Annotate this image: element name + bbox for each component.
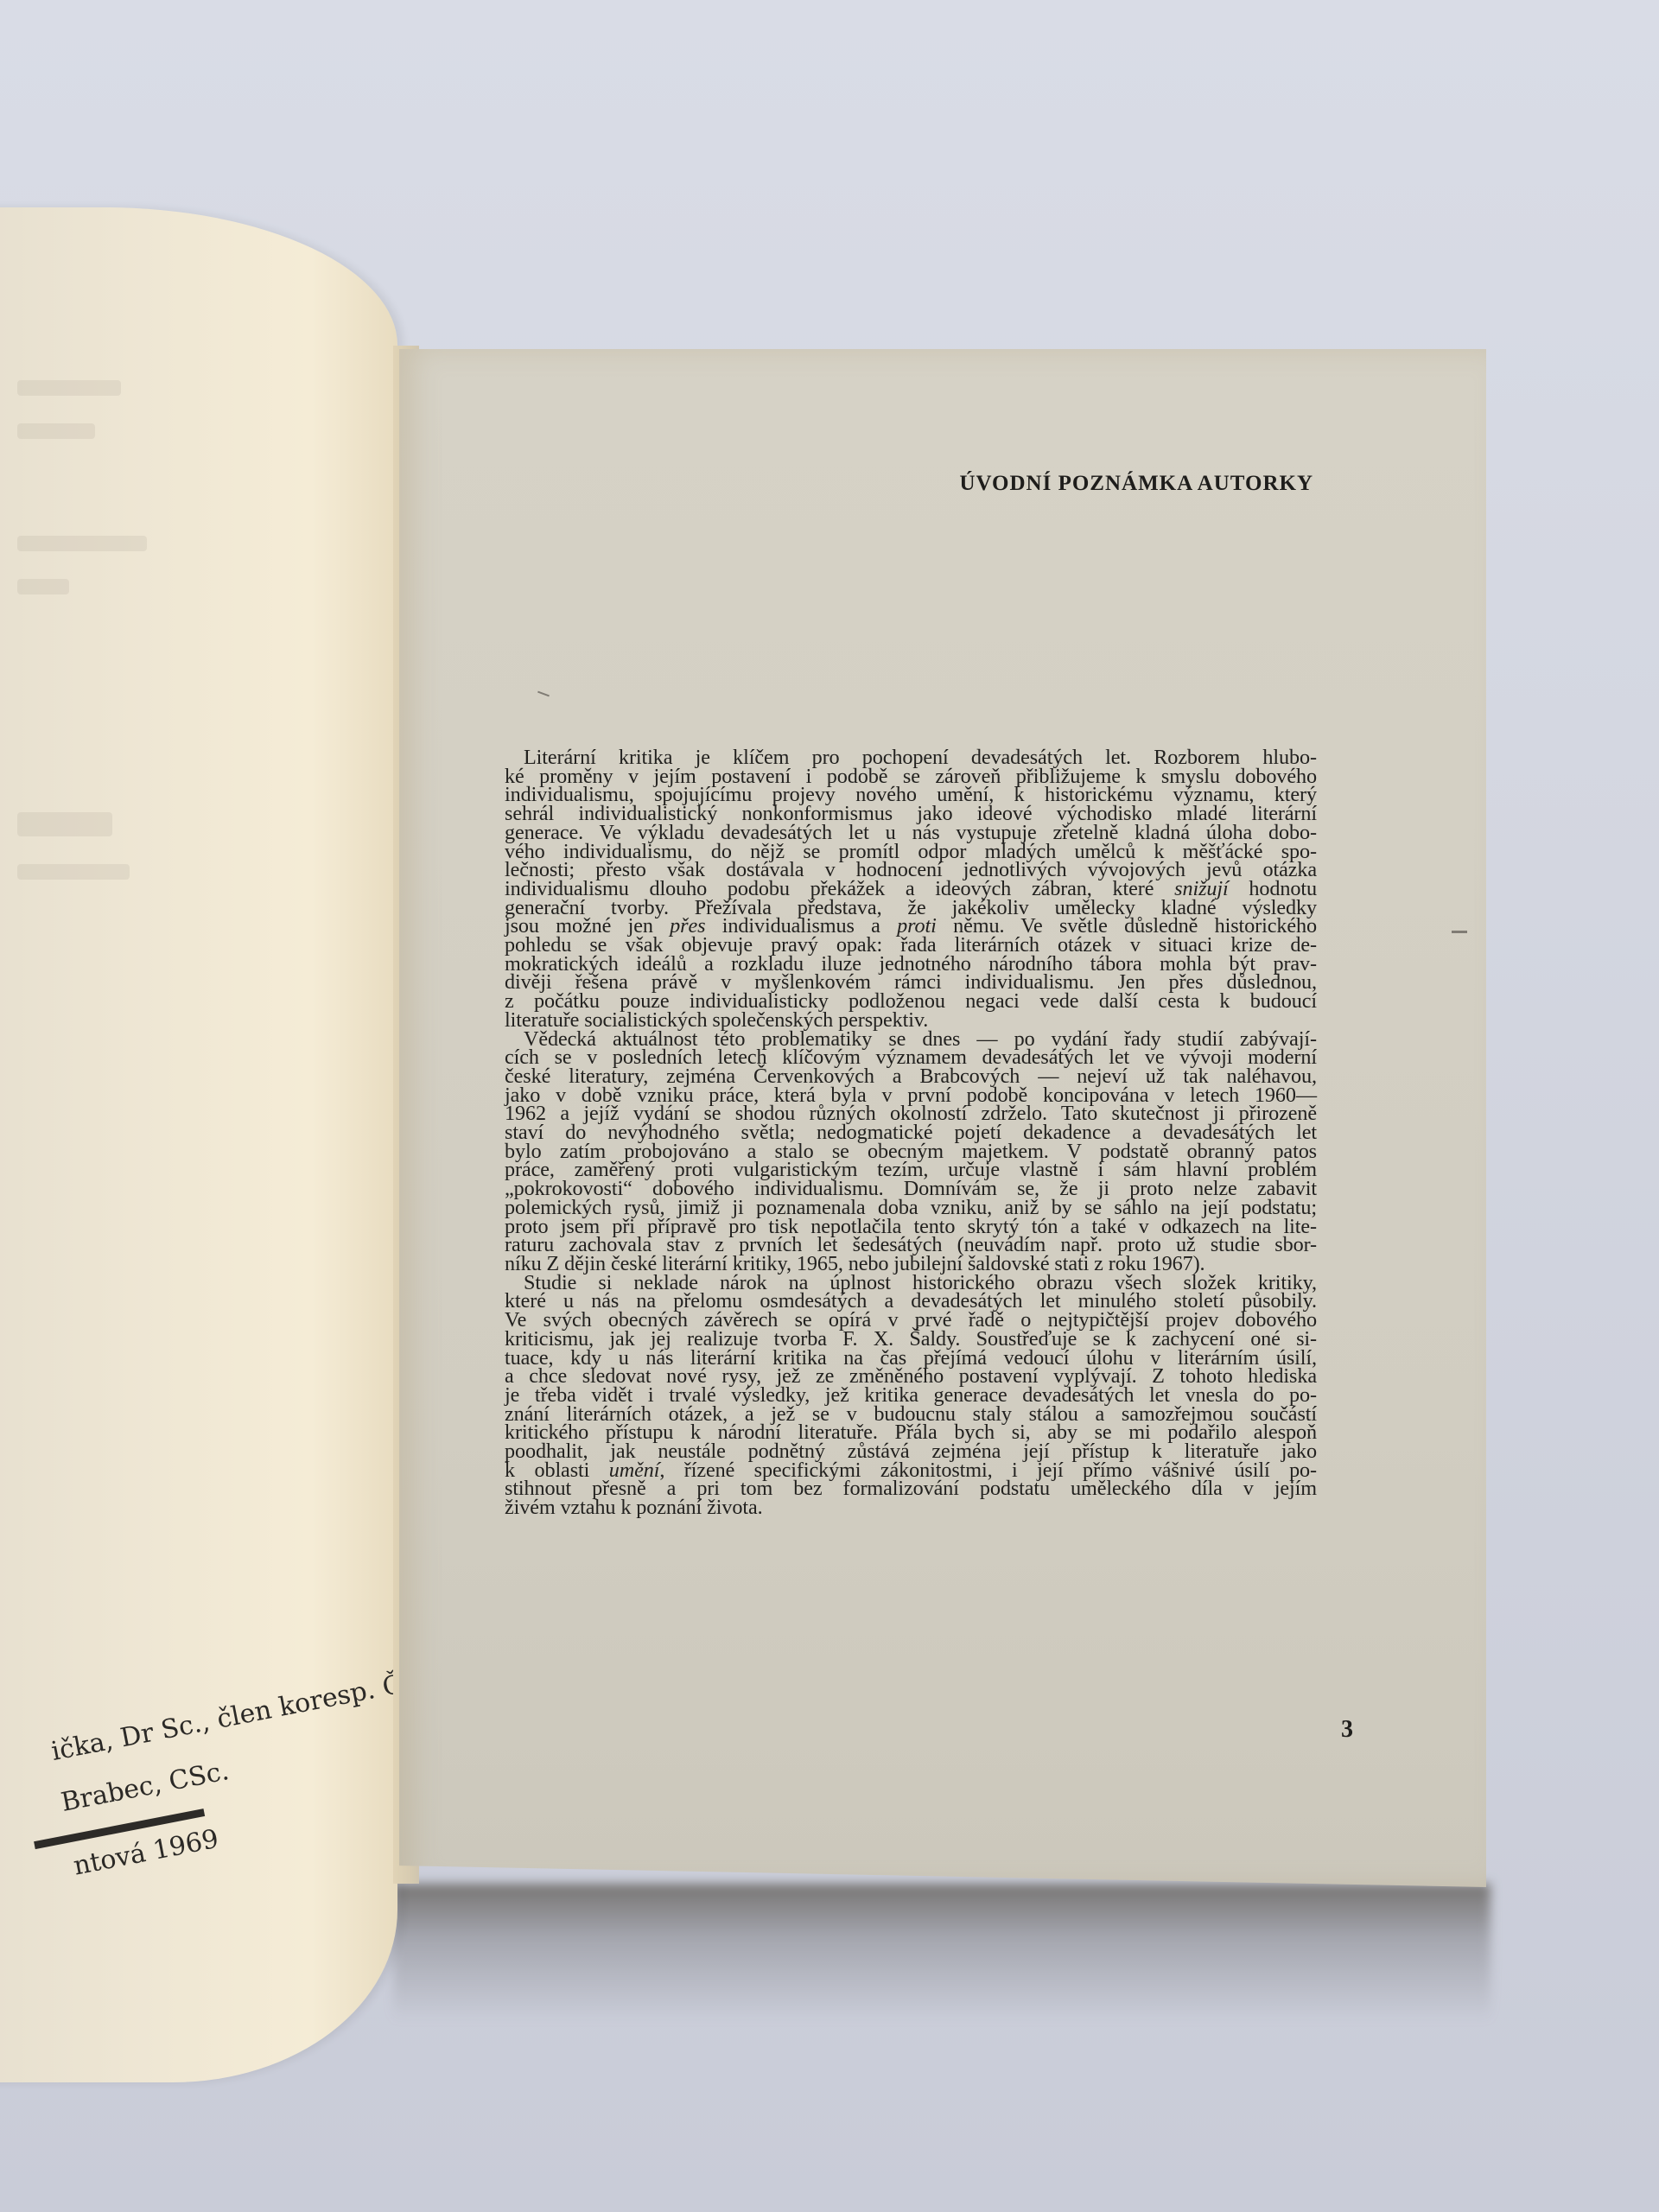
bleed-through-text [17, 579, 69, 594]
text-line: živém vztahu k poznání života. [505, 1498, 1317, 1517]
page-title: ÚVODNÍ POZNÁMKA AUTORKY [959, 472, 1313, 496]
bleed-through-text [17, 812, 112, 836]
page-number: 3 [1341, 1716, 1353, 1744]
right-page: ÚVODNÍ POZNÁMKA AUTORKY Literární kritik… [399, 349, 1486, 1887]
page-shadow [393, 1884, 1491, 2022]
bleed-through-text [17, 380, 121, 396]
body-text: Literární kritika je klíčem pro pochopen… [505, 748, 1317, 1517]
bleed-through-text [17, 423, 95, 439]
credit-line: Brabec, CSc. [59, 1756, 232, 1818]
stray-mark [1452, 931, 1467, 933]
bleed-through-text [17, 864, 130, 880]
book-photo: ička, Dr Sc., člen koresp. ČSAV Brabec, … [0, 0, 1659, 2212]
bleed-through-text [17, 536, 147, 551]
stray-mark [537, 691, 550, 697]
